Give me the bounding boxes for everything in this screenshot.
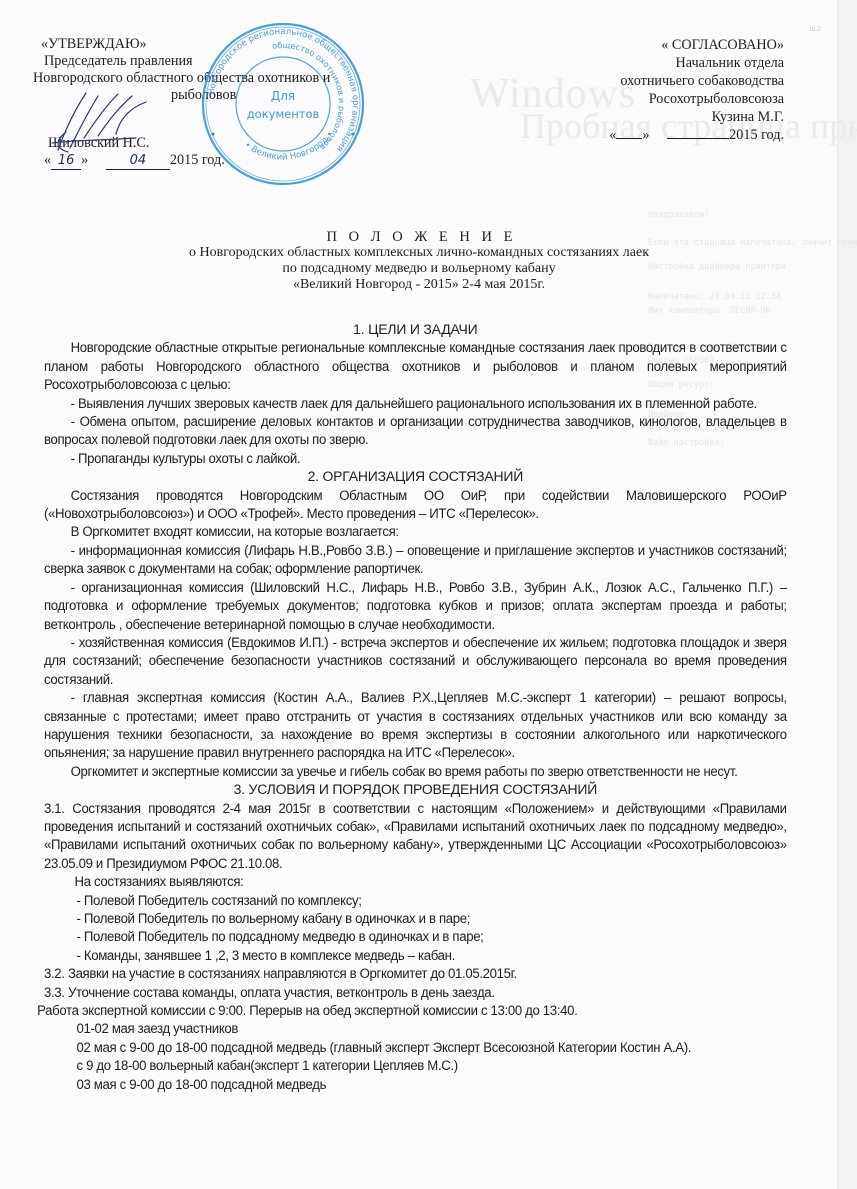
title-line-3: «Великий Новгород - 2015» 2-4 мая 2015г. — [0, 277, 838, 293]
revealed-item: - Полевой Победитель состязаний по компл… — [44, 892, 787, 910]
agreed-signer: Кузина М.Г. — [464, 108, 784, 126]
section-1-paragraph: Новгородские областные открытые регионал… — [44, 339, 787, 394]
corner-mark: ш.2 — [810, 26, 821, 33]
agreed-day-blank — [616, 126, 642, 139]
title-line-1: о Новгородских областных комплексных лич… — [0, 245, 838, 261]
section-1-goal: - Выявления лучших зверовых качеств лаек… — [44, 395, 787, 413]
section-1-goal: - Обмена опытом, расширение деловых конт… — [44, 413, 787, 450]
revealed-item: - Команды, занявшее 1 ,2, 3 место в комп… — [44, 947, 787, 965]
schedule-item: 01-02 мая заезд участников — [44, 1020, 787, 1038]
agreed-position: Начальник отдела — [464, 54, 784, 72]
schedule-item: 03 мая с 9-00 до 18-00 подсадной медведь — [44, 1076, 787, 1094]
clause-3-1: 3.1. Состязания проводятся 2-4 мая 2015г… — [44, 800, 787, 874]
schedule-item: 02 мая с 9-00 до 18-00 подсадной медведь… — [44, 1039, 787, 1057]
document-title-block: П О Л О Ж Е Н И Е о Новгородских областн… — [0, 229, 838, 293]
commission-organizational: - организационная комиссия (Шиловский Н.… — [44, 579, 787, 634]
document-body: 1. ЦЕЛИ И ЗАДАЧИ Новгородские областные … — [44, 321, 787, 1094]
commission-info: - информационная комиссия (Лифарь Н.В.,Р… — [44, 542, 787, 579]
agreed-department: охотничьего собаководства — [464, 72, 784, 90]
commission-expert: - главная экспертная комиссия (Костин А.… — [44, 689, 787, 763]
document-type: П О Л О Ж Е Н И Е — [5, 229, 838, 245]
title-line-2: по подсадному медведю и вольерному кабан… — [0, 261, 838, 277]
stamp-center-line1: Для — [271, 89, 295, 103]
approval-block-agreed: « СОГЛАСОВАНО» Начальник отдела охотничь… — [464, 36, 784, 144]
agreed-month-blank — [667, 126, 729, 139]
section-2-paragraph: В Оргкомитет входят комиссии, на которые… — [44, 523, 787, 541]
section-3-heading: 3. УСЛОВИЯ И ПОРЯДОК ПРОВЕДЕНИЯ СОСТЯЗАН… — [44, 781, 787, 799]
signature-icon — [46, 88, 156, 158]
revealed-item: - Полевой Победитель по подсадному медве… — [44, 928, 787, 946]
section-1-heading: 1. ЦЕЛИ И ЗАДАЧИ — [44, 321, 787, 339]
work-hours: Работа экспертной комиссии с 9:00. Перер… — [37, 1002, 787, 1020]
commission-economic: - хозяйственная комиссия (Евдокимов И.П.… — [44, 634, 787, 689]
stamp-center-line2: документов — [247, 107, 320, 121]
stamp-icon: Новгородское региональное общественная о… — [199, 20, 367, 188]
section-2-liability: Оргкомитет и экспертные комиссии за увеч… — [44, 763, 787, 781]
scan-edge — [837, 0, 857, 1189]
clause-3-3: 3.3. Уточнение состава команды, оплата у… — [44, 984, 787, 1002]
clause-3-2: 3.2. Заявки на участие в состязаниях нап… — [44, 965, 787, 983]
section-2-paragraph: Состязания проводятся Новгородским Облас… — [44, 487, 787, 524]
revealed-item: - Полевой Победитель по вольерному кабан… — [44, 910, 787, 928]
agreed-header: « СОГЛАСОВАНО» — [464, 36, 784, 54]
schedule-item: с 9 до 18-00 вольерный кабан(эксперт 1 к… — [44, 1057, 787, 1075]
svg-text:• Великий Новгород •: • Великий Новгород • — [242, 130, 335, 163]
section-1-goal: - Пропаганды культуры охоты с лайкой. — [44, 450, 787, 468]
revealed-intro: На состязаниях выявляются: — [44, 873, 787, 891]
agreed-organization: Росохотрыболовсоюза — [464, 90, 784, 108]
agreed-date: «» 2015 год. — [464, 126, 784, 144]
section-2-heading: 2. ОРГАНИЗАЦИЯ СОСТЯЗАНИЙ — [44, 468, 787, 486]
